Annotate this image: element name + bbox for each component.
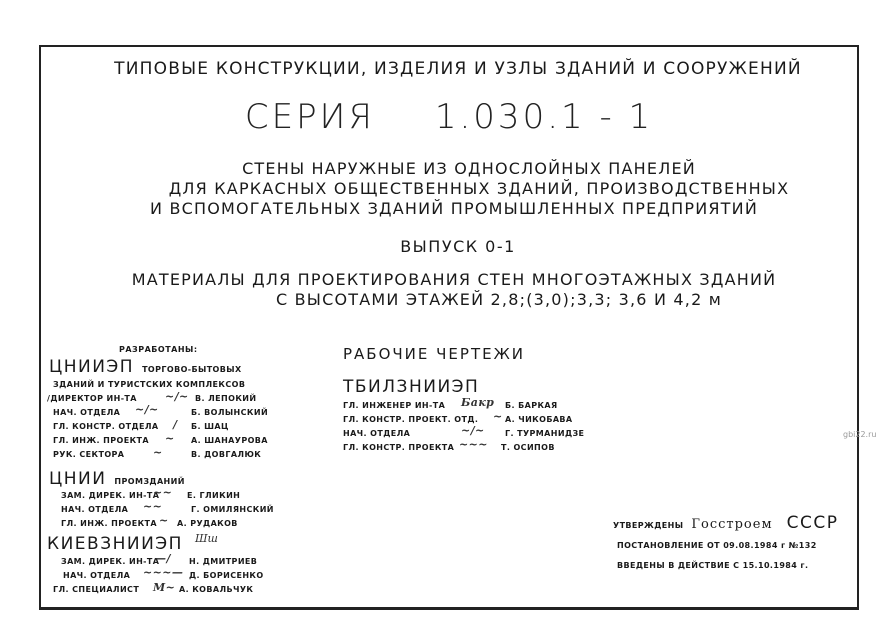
signature-icon: М~ [153, 581, 175, 594]
staff-name: Б. ШАЦ [191, 420, 229, 433]
series-line: СЕРИЯ1.030.1 - 1 [41, 97, 857, 137]
signature-icon: ~ [493, 410, 503, 423]
signature-icon: Бакр [461, 396, 494, 409]
org-subtitle: ПРОМЗДАНИЙ [114, 477, 184, 486]
issue-title-line-2: С ВЫСОТАМИ ЭТАЖЕЙ 2,8;(3,0);3,3; 3,6 И 4… [41, 290, 857, 309]
org-subtitle-line-2: ЗДАНИЙ И ТУРИСТСКИХ КОМПЛЕКСОВ [53, 378, 245, 391]
staff-row: ЗАМ. ДИРЕК. ИН-ТА ~~ Е. ГЛИКИН [61, 489, 301, 502]
series-number: 1.030.1 - 1 [435, 97, 653, 137]
approval-country: СССР [787, 513, 839, 533]
signature-icon: ~~ [143, 500, 162, 513]
staff-position: ГЛ. СПЕЦИАЛИСТ [53, 585, 139, 594]
staff-position: ГЛ. КОНСТР. ОТДЕЛА [53, 422, 159, 431]
staff-position: ГЛ. КОНСТР. ПРОЕКТА [343, 443, 454, 452]
series-label: СЕРИЯ [245, 97, 375, 137]
staff-row: /ДИРЕКТОР ИН-ТА ~/~ В. ЛЕПОКИЙ [47, 392, 287, 405]
subject-line-1: СТЕНЫ НАРУЖНЫЕ ИЗ ОДНОСЛОЙНЫХ ПАНЕЛЕЙ [41, 159, 857, 178]
staff-row: ГЛ. ИНЖЕНЕР ИН-ТА Бакр Б. БАРКАЯ [343, 399, 603, 412]
subject-line-2: ДЛЯ КАРКАСНЫХ ОБЩЕСТВЕННЫХ ЗДАНИЙ, ПРОИЗ… [41, 179, 857, 198]
collection-title: ТИПОВЫЕ КОНСТРУКЦИИ, ИЗДЕЛИЯ И УЗЛЫ ЗДАН… [59, 59, 857, 79]
staff-name: А. ЧИКОБАВА [505, 413, 573, 426]
org-subtitle: ТОРГОВО-БЫТОВЫХ [142, 365, 241, 374]
signature-icon: Шш [195, 532, 218, 545]
staff-position: ГЛ. КОНСТР. ПРОЕКТ. ОТД. [343, 415, 478, 424]
org-name: ЦНИИ [49, 469, 106, 489]
signature-icon: ~~~ [459, 438, 488, 451]
staff-position: РУК. СЕКТОРА [53, 450, 124, 459]
signature-icon: ~/~ [461, 424, 485, 437]
staff-name: Г. ТУРМАНИДЗЕ [505, 427, 584, 440]
staff-name: А. РУДАКОВ [177, 517, 238, 530]
staff-position: ГЛ. ИНЖЕНЕР ИН-ТА [343, 401, 445, 410]
title-sheet-frame: ТИПОВЫЕ КОНСТРУКЦИИ, ИЗДЕЛИЯ И УЗЛЫ ЗДАН… [39, 45, 859, 610]
staff-position: ЗАМ. ДИРЕК. ИН-ТА [61, 491, 159, 500]
developers-heading: РАЗРАБОТАНЫ: [119, 345, 198, 354]
subject-line-3: И ВСПОМОГАТЕЛЬНЫХ ЗДАНИЙ ПРОМЫШЛЕННЫХ ПР… [41, 199, 857, 218]
issue-title-line-1: МАТЕРИАЛЫ ДЛЯ ПРОЕКТИРОВАНИЯ СТЕН МНОГОЭ… [41, 270, 857, 289]
approval-line: УТВЕРЖДЕНЫГосстроемСССР [613, 513, 838, 533]
signature-icon: —/ [155, 552, 171, 565]
watermark: gbi22.ru [843, 430, 876, 439]
staff-name: Д. БОРИСЕНКО [189, 569, 264, 582]
staff-name: А. ШАНАУРОВА [191, 434, 268, 447]
staff-name: Б. БАРКАЯ [505, 399, 558, 412]
staff-position: НАЧ. ОТДЕЛА [61, 505, 128, 514]
approval-prefix: УТВЕРЖДЕНЫ [613, 521, 683, 530]
staff-row: ГЛ. СПЕЦИАЛИСТ М~ А. КОВАЛЬЧУК [53, 583, 293, 596]
staff-row: РУК. СЕКТОРА ~ В. ДОВГАЛЮК [53, 448, 293, 461]
org-cniiep: ЦНИИЭПТОРГОВО-БЫТОВЫХ [49, 357, 242, 377]
staff-name: Н. ДМИТРИЕВ [189, 555, 257, 568]
staff-name: Б. ВОЛЫНСКИЙ [191, 406, 268, 419]
staff-row: ГЛ. КОНСТР. ПРОЕКТА ~~~ Т. ОСИПОВ [343, 441, 603, 454]
working-drawings-heading: РАБОЧИЕ ЧЕРТЕЖИ [343, 345, 525, 363]
staff-position: ЗАМ. ДИРЕК. ИН-ТА [61, 557, 159, 566]
signature-icon: ~ [165, 432, 175, 445]
signature-icon: / [173, 418, 177, 431]
org-name: КИЕВЗНИИЭП [47, 534, 183, 554]
signature-icon: ~~~— [143, 566, 183, 579]
signature-icon: ~ [153, 446, 163, 459]
org-kievzniiep: КИЕВЗНИИЭП Шш [47, 534, 183, 554]
staff-position: /ДИРЕКТОР ИН-ТА [47, 394, 137, 403]
staff-position: НАЧ. ОТДЕЛА [63, 571, 130, 580]
issue-label: ВЫПУСК 0-1 [59, 237, 857, 256]
staff-name: В. ДОВГАЛЮК [191, 448, 261, 461]
staff-name: А. КОВАЛЬЧУК [179, 583, 253, 596]
staff-position: НАЧ. ОТДЕЛА [53, 408, 120, 417]
signature-icon: ~/~ [135, 403, 159, 416]
staff-name: Е. ГЛИКИН [187, 489, 240, 502]
staff-row: ГЛ. ИНЖ. ПРОЕКТА ~ А. ШАНАУРОВА [53, 434, 293, 447]
staff-position: НАЧ. ОТДЕЛА [343, 429, 410, 438]
signature-icon: ~/~ [165, 390, 189, 403]
approval-authority: Госстроем [691, 517, 772, 532]
approval-effective-date: ВВЕДЕНЫ В ДЕЙСТВИЕ С 15.10.1984 г. [617, 561, 808, 570]
org-name: ЦНИИЭП [49, 357, 134, 377]
staff-position: ГЛ. ИНЖ. ПРОЕКТА [61, 519, 157, 528]
staff-row: ГЛ. ИНЖ. ПРОЕКТА ~ А. РУДАКОВ [61, 517, 301, 530]
signature-icon: ~ [159, 514, 169, 527]
org-tbilzniiep: ТБИЛЗНИИЭП [343, 377, 479, 397]
staff-name: Г. ОМИЛЯНСКИЙ [191, 503, 274, 516]
staff-row: НАЧ. ОТДЕЛА ~~ Г. ОМИЛЯНСКИЙ [61, 503, 301, 516]
staff-row: НАЧ. ОТДЕЛА ~~~— Д. БОРИСЕНКО [63, 569, 303, 582]
staff-name: В. ЛЕПОКИЙ [195, 392, 256, 405]
approval-decree: ПОСТАНОВЛЕНИЕ ОТ 09.08.1984 г №132 [617, 541, 817, 550]
staff-name: Т. ОСИПОВ [501, 441, 555, 454]
staff-position: ГЛ. ИНЖ. ПРОЕКТА [53, 436, 149, 445]
signature-icon: ~~ [153, 486, 172, 499]
